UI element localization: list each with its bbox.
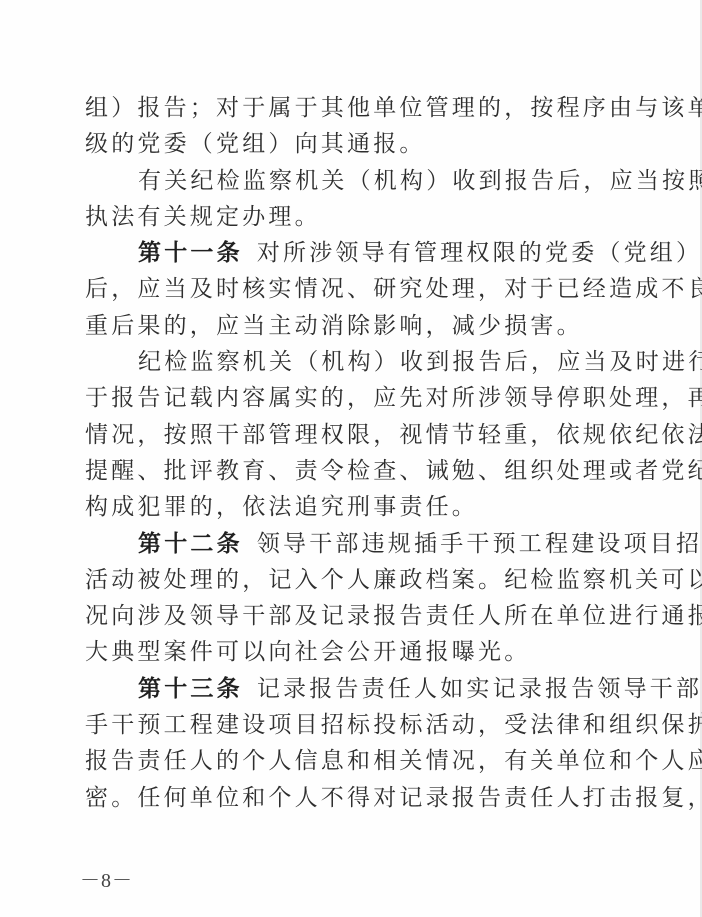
text-line: 报告责任人的个人信息和相关情况，有关单位和个人应当予以保 — [85, 743, 625, 779]
text-line: 情况，按照干部管理权限，视情节轻重，依规依纪依法予以谈话 — [85, 417, 625, 453]
page-number: －8－ — [80, 864, 133, 893]
document-page: 组）报告；对于属于其他单位管理的，按程序由与该单位同一层 级的党委（党组）向其通… — [0, 0, 702, 917]
text-line: 活动被处理的，记入个人廉政档案。纪检监察机关可以对处理情 — [85, 562, 625, 598]
text-line: 手干预工程建设项目招标投标活动，受法律和组织保护。对记录 — [85, 707, 625, 743]
text-line: 重后果的，应当主动消除影响，减少损害。 — [85, 308, 625, 344]
article-text: 记录报告责任人如实记录报告领导干部违规插 — [257, 676, 702, 702]
text-line: 构成犯罪的，依法追究刑事责任。 — [85, 489, 625, 525]
article-13-heading-line: 第十三条记录报告责任人如实记录报告领导干部违规插 — [85, 671, 625, 707]
text-line: 密。任何单位和个人不得对记录报告责任人打击报复，非因法定 — [85, 780, 625, 816]
text-line: 于报告记载内容属实的，应先对所涉领导停职处理，再根据调查 — [85, 380, 625, 416]
article-12-heading-line: 第十二条领导干部违规插手干预工程建设项目招标投标 — [85, 526, 625, 562]
article-text: 领导干部违规插手干预工程建设项目招标投标 — [257, 531, 702, 557]
text-line: 大典型案件可以向社会公开通报曝光。 — [85, 634, 625, 670]
text-line: 后，应当及时核实情况、研究处理，对于已经造成不良影响和严 — [85, 271, 625, 307]
text-line: 提醒、批评教育、责令检查、诫勉、组织处理或者党纪政务处分； — [85, 453, 625, 489]
text-line: 执法有关规定办理。 — [85, 199, 625, 235]
article-number: 第十二条 — [138, 530, 243, 557]
paragraph-start-line: 有关纪检监察机关（机构）收到报告后，应当按照监督执纪 — [85, 163, 625, 199]
article-number: 第十三条 — [138, 675, 243, 702]
text-line: 级的党委（党组）向其通报。 — [85, 126, 625, 162]
article-text: 对所涉领导有管理权限的党委（党组）收到报告 — [257, 240, 702, 266]
article-number: 第十一条 — [138, 239, 243, 266]
paragraph-start-line: 纪检监察机关（机构）收到报告后，应当及时进行核查，对 — [85, 344, 625, 380]
text-line: 组）报告；对于属于其他单位管理的，按程序由与该单位同一层 — [85, 90, 625, 126]
document-body: 组）报告；对于属于其他单位管理的，按程序由与该单位同一层 级的党委（党组）向其通… — [85, 90, 625, 816]
text-line: 况向涉及领导干部及记录报告责任人所在单位进行通报，对于重 — [85, 598, 625, 634]
article-11-heading-line: 第十一条对所涉领导有管理权限的党委（党组）收到报告 — [85, 235, 625, 271]
